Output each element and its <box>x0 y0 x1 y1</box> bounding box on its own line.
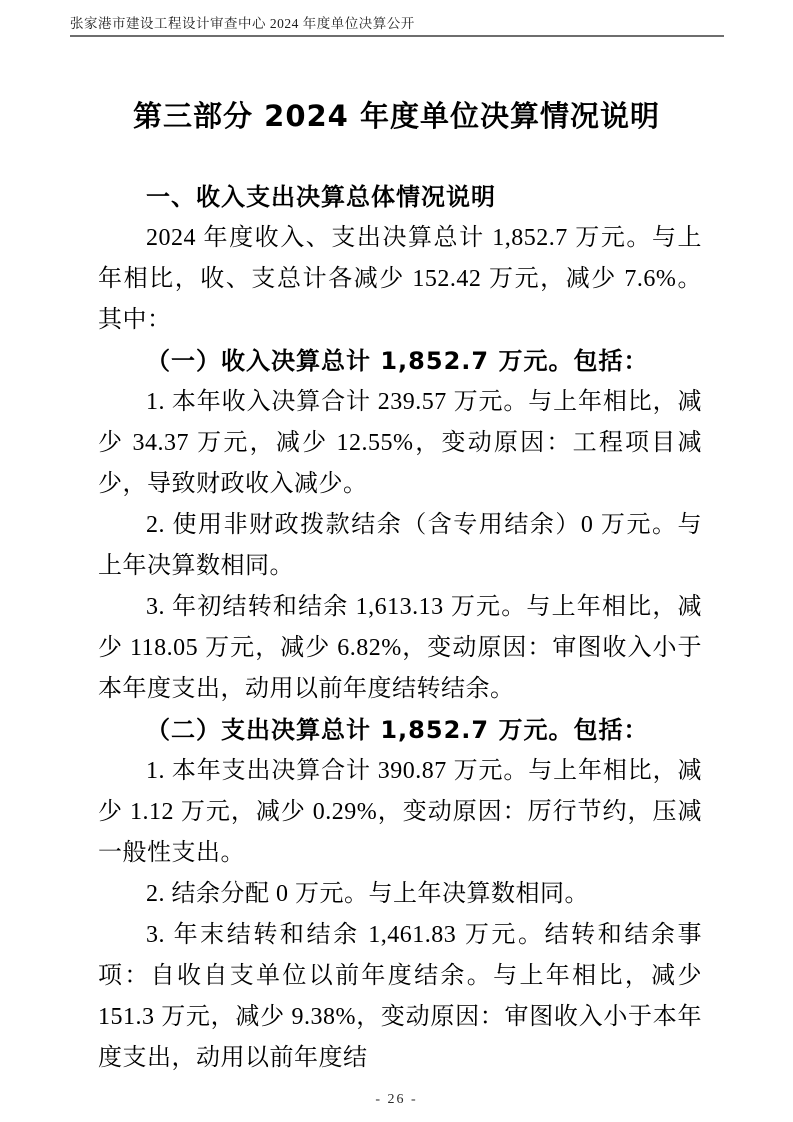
paragraph-nonfiscal-surplus: 2. 使用非财政拨款结余（含专用结余）0 万元。与上年决算数相同。 <box>0 505 793 587</box>
subsection-heading-expenditure: （二）支出决算总计 1,852.7 万元。包括： <box>0 710 793 751</box>
paragraph-expenditure-current-year: 1. 本年支出决算合计 390.87 万元。与上年相比，减少 1.12 万元，减… <box>0 751 793 874</box>
page-header: 张家港市建设工程设计审查中心 2024 年度单位决算公开 <box>70 16 724 37</box>
page-number: - 26 - <box>375 1092 417 1107</box>
page-title: 第三部分 2024 年度单位决算情况说明 <box>30 93 763 139</box>
paragraph-surplus-distribution: 2. 结余分配 0 万元。与上年决算数相同。 <box>0 874 793 915</box>
paragraph-opening-carryover: 3. 年初结转和结余 1,613.13 万元。与上年相比，减少 118.05 万… <box>0 587 793 710</box>
paragraph-yearend-carryover: 3. 年末结转和结余 1,461.83 万元。结转和结余事项：自收自支单位以前年… <box>0 915 793 1079</box>
page-footer: - 26 - <box>0 1092 793 1108</box>
subsection-heading-income: （一）收入决算总计 1,852.7 万元。包括： <box>0 341 793 382</box>
document-page: 张家港市建设工程设计审查中心 2024 年度单位决算公开 第三部分 2024 年… <box>0 0 793 1122</box>
document-body: 2024 年度收入、支出决算总计 1,852.7 万元。与上年相比，收、支总计各… <box>0 218 793 1079</box>
header-doc-title: 张家港市建设工程设计审查中心 2024 年度单位决算公开 <box>70 16 724 32</box>
paragraph-overview: 2024 年度收入、支出决算总计 1,852.7 万元。与上年相比，收、支总计各… <box>0 218 793 341</box>
paragraph-income-current-year: 1. 本年收入决算合计 239.57 万元。与上年相比，减少 34.37 万元，… <box>0 382 793 505</box>
section-heading: 一、收入支出决算总体情况说明 <box>0 177 793 218</box>
